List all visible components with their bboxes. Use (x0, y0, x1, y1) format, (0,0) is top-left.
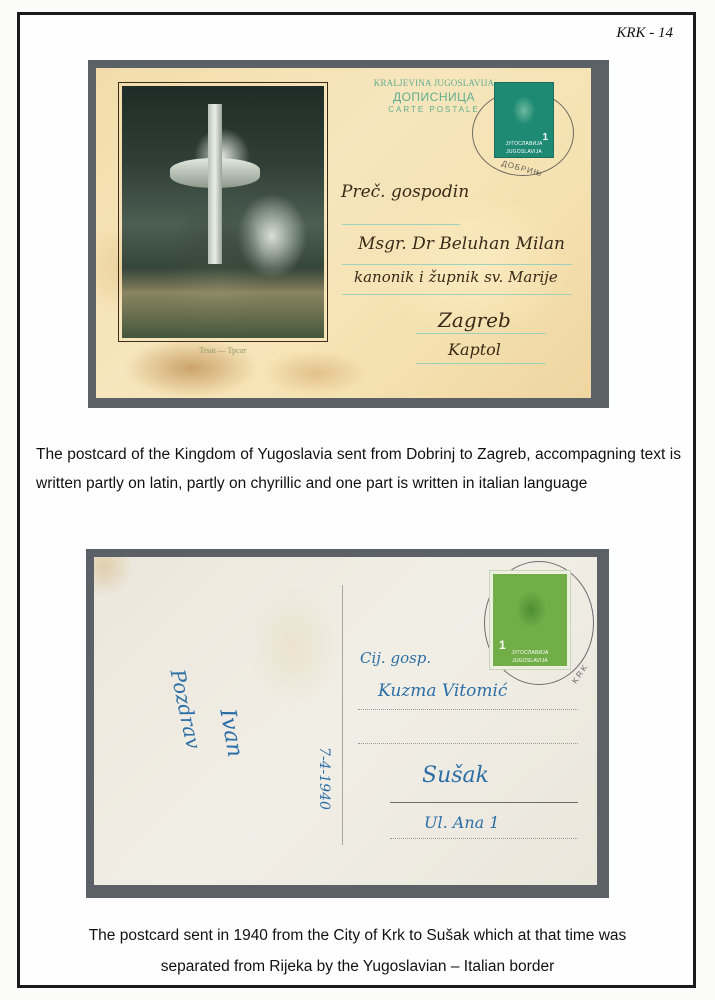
address-guide-line (390, 802, 578, 803)
mount-postcard-back: Pozdrav Ivan 7-4-1940 KRK 1 ЈУГОСЛАВИЈА … (86, 549, 609, 898)
mount-postcard-front: Trsat — Трсат KRALJEVINA JUGOSLAVIJA ДОП… (88, 60, 609, 408)
address-line: Sušak (422, 763, 489, 788)
address-line: Cij. gosp. (360, 649, 431, 667)
caption-postcard-2: The postcard sent in 1940 from the City … (30, 920, 685, 982)
message-line: Pozdrav (166, 667, 206, 751)
postmark-text: KRK (570, 662, 590, 686)
postmark-text: ДОБРИЊ (501, 159, 544, 179)
stamp-value: 1 (542, 132, 548, 143)
address-line: kanonik i župnik sv. Marije (354, 268, 558, 286)
address-line: Msgr. Dr Beluhan Milan (358, 234, 565, 254)
address-guide-line (358, 709, 578, 710)
address-line: Ul. Ana 1 (424, 813, 499, 832)
address-guide-line (342, 294, 572, 295)
caption-line: The postcard sent in 1940 from the City … (30, 920, 685, 951)
postcard-back: Pozdrav Ivan 7-4-1940 KRK 1 ЈУГОСЛАВИЈА … (94, 557, 597, 885)
caption-postcard-1: The postcard of the Kingdom of Yugoslavi… (36, 440, 681, 498)
message-date: 7-4-1940 (316, 747, 332, 810)
king-portrait-icon (499, 578, 561, 648)
address-line: Preč. gospodin (341, 182, 469, 202)
address-guide-line (342, 264, 572, 265)
address-line: Kuzma Vitomić (378, 681, 507, 701)
stamp-country-latin: JUGOSLAVIJA (493, 658, 567, 666)
king-portrait-icon (501, 87, 547, 139)
address-guide-line (342, 224, 460, 225)
trsat-tower-image (122, 86, 324, 338)
stamp-green-1-dinar: 1 ЈУГОСЛАВИЈА JUGOSLAVIJA (490, 571, 570, 669)
page-id-label: KRK - 14 (616, 25, 673, 42)
caption-line: separated from Rijeka by the Yugoslavian… (30, 951, 685, 982)
signature: Ivan (214, 707, 247, 759)
picture-caption: Trsat — Трсат (118, 346, 328, 355)
address-line: Kaptol (448, 340, 501, 359)
address-line: Zagreb (438, 308, 511, 332)
address-guide-line (390, 838, 578, 839)
stamp-green-1-dinar: 1 ЈУГОСЛАВИЈА JUGOSLAVIJA (494, 82, 554, 158)
address-guide-line (416, 333, 546, 334)
header-latin: KRALJEVINA JUGOSLAVIJA (354, 78, 514, 88)
tower-column (208, 104, 222, 264)
postcard-front: Trsat — Трсат KRALJEVINA JUGOSLAVIJA ДОП… (96, 68, 591, 398)
address-guide-line (358, 743, 578, 744)
address-guide-line (416, 363, 546, 364)
stamp-value: 1 (499, 638, 506, 652)
stamp-country-latin: JUGOSLAVIJA (495, 149, 553, 157)
postcard-picture (118, 82, 328, 342)
message-address-divider (342, 585, 343, 845)
